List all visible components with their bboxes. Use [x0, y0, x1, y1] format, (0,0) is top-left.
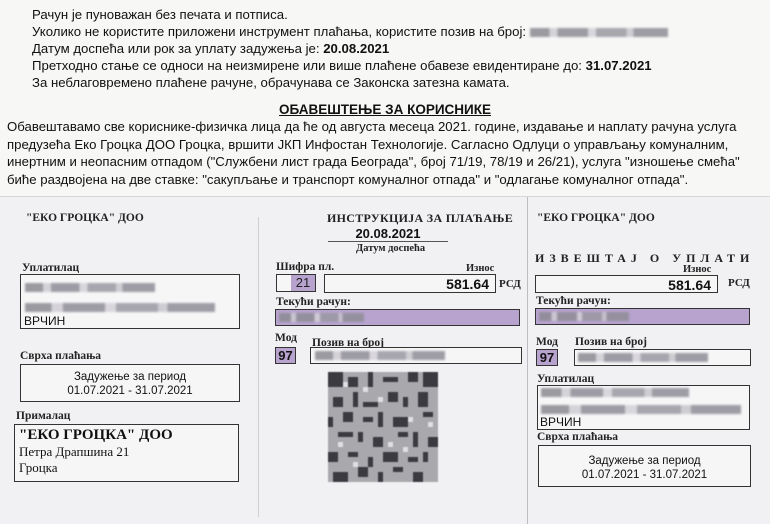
redacted-payer-name — [541, 388, 689, 397]
redacted-account-number — [279, 313, 364, 322]
due-date-label: Датум доспећа — [356, 243, 425, 254]
reference-note: Уколико не користите приложени инструмен… — [32, 23, 668, 40]
receipt-payer-label: Уплатилац — [537, 373, 594, 385]
receipt-reference-box — [574, 349, 751, 366]
qr-code-icon — [328, 372, 438, 482]
redacted-payer-name — [25, 283, 155, 292]
receipt-purpose-box: Задужење за период 01.07.2021 - 31.07.20… — [538, 445, 751, 487]
recipient-city: Гроцка — [19, 460, 234, 476]
account-box — [275, 309, 520, 326]
payment-code-box: 21 — [276, 274, 316, 292]
notice-line: Обавештавамо све кориснике-физичка лица … — [7, 118, 767, 136]
receipt-payer-city: ВРЧИН — [540, 415, 581, 429]
recipient-label: Прималац — [16, 410, 70, 422]
receipt-payer-box: ВРЧИН — [537, 385, 750, 430]
notice-title: ОБАВЕШТЕЊЕ ЗА КОРИСНИКЕ — [0, 102, 770, 117]
receipt-purpose-line-1: Задужење за период — [539, 454, 750, 468]
receipt-model-label: Мод — [536, 336, 558, 348]
payer-label: Уплатилац — [22, 262, 79, 274]
column-divider — [258, 217, 259, 517]
payer-box: ВРЧИН — [20, 274, 240, 329]
previous-balance-date: 31.07.2021 — [586, 58, 652, 73]
model-box: 97 — [275, 347, 296, 364]
recipient-name: "ЕКО ГРОЦКА" ДОО — [19, 427, 234, 444]
receipt-purpose-label: Сврха плаћања — [537, 431, 618, 443]
redacted-payer-address — [541, 405, 741, 414]
redacted-reference — [315, 351, 445, 360]
payment-slip: "ЕКО ГРОЦКА" ДОО Уплатилац ВРЧИН Сврха п… — [0, 197, 770, 524]
purpose-line-2: 01.07.2021 - 31.07.2021 — [21, 384, 239, 398]
slip-company-name: "ЕКО ГРОЦКА" ДОО — [26, 212, 144, 224]
purpose-line-1: Задужење за период — [21, 370, 239, 384]
reference-box — [310, 347, 522, 364]
notice-body: Обавештавамо све кориснике-физичка лица … — [7, 118, 767, 188]
receipt-title: ИЗВЕШТАЈ О УПЛАТИ — [535, 251, 754, 266]
receipt-amount-box: 581.64 — [535, 275, 718, 293]
recipient-box: "ЕКО ГРОЦКА" ДОО Петра Драпшина 21 Гроцк… — [14, 424, 239, 482]
model-label: Мод — [275, 332, 297, 344]
receipt-model-box: 97 — [536, 349, 558, 366]
amount-box: 581.64 — [324, 274, 496, 293]
payer-city: ВРЧИН — [24, 314, 65, 328]
receipt-perforation — [527, 197, 528, 524]
invoice-info-section: Рачун је пуноважан без печата и потписа.… — [0, 0, 770, 196]
recipient-street: Петра Драпшина 21 — [19, 444, 234, 460]
previous-balance-note: Претходно стање се односи на неизмирене … — [32, 57, 652, 74]
redacted-account-number — [539, 312, 629, 321]
due-date-value: 20.08.2021 — [323, 41, 389, 56]
purpose-label: Сврха плаћања — [20, 350, 101, 362]
due-date-note: Датум доспећа или рок за уплату задужења… — [32, 40, 389, 57]
redacted-reference-number — [530, 28, 668, 37]
receipt-amount-label: Износ — [683, 264, 711, 275]
account-label: Текући рачун: — [276, 296, 351, 308]
currency: РСД — [499, 278, 521, 290]
invoice-photo: Рачун је пуноважан без печата и потписа.… — [0, 0, 770, 524]
slip-title: ИНСТРУКЦИЈА ЗА ПЛАЋАЊЕ — [327, 211, 513, 226]
purpose-box: Задужење за период 01.07.2021 - 31.07.20… — [20, 364, 240, 402]
receipt-company-name: "ЕКО ГРОЦКА" ДОО — [537, 212, 655, 224]
notice-line: биће раздвојена на две ставке: "сакупљањ… — [7, 171, 767, 189]
receipt-account-box — [535, 308, 750, 325]
slip-due-date: 20.08.2021 — [328, 227, 448, 242]
receipt-currency: РСД — [728, 277, 750, 289]
receipt-account-label: Текући рачун: — [536, 295, 611, 307]
receipt-reference-label: Позив на број — [575, 336, 647, 348]
redacted-reference — [578, 353, 708, 362]
payment-code-label: Шифра пл. — [276, 261, 334, 273]
redacted-payer-address — [25, 303, 215, 312]
receipt-purpose-line-2: 01.07.2021 - 31.07.2021 — [539, 468, 750, 482]
late-payment-note: За неблаговремено плаћене рачуне, обрачу… — [32, 74, 510, 91]
notice-line: предузећа Еко Гроцка ДОО Гроцка, вршити … — [7, 136, 767, 154]
notice-line: инертним и неопасним отпадом ("Службени … — [7, 153, 767, 171]
payment-code: 21 — [291, 275, 315, 291]
validity-note: Рачун је пуноважан без печата и потписа. — [32, 6, 288, 23]
amount-label: Износ — [466, 263, 494, 274]
